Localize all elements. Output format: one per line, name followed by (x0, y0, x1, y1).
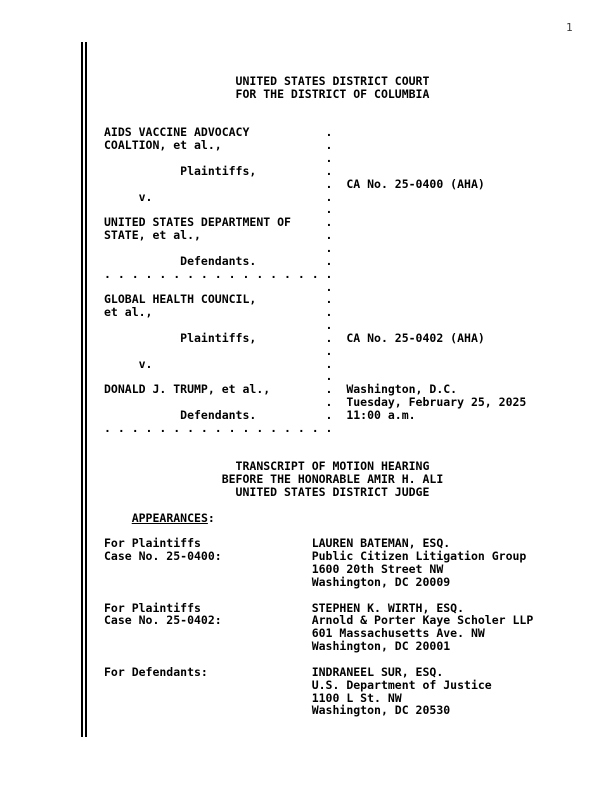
court-name: UNITED STATES DISTRICT COURT (104, 75, 533, 88)
appearance-entry-line: U.S. Department of Justice (104, 679, 533, 692)
caption1-dot: . (104, 152, 533, 165)
appearance-entry-line: Washington, DC 20009 (104, 576, 533, 589)
page-number: 1 (566, 21, 573, 34)
caption2-plaintiffs-label-case-number: Plaintiffs, . CA No. 25-0402 (AHA) (104, 332, 533, 345)
caption1-dot: . (104, 242, 533, 255)
appearances-heading: APPEARANCES: (104, 512, 533, 525)
transcript-title-line: UNITED STATES DISTRICT JUDGE (104, 486, 533, 499)
appearance-entry-line: 1600 20th Street NW (104, 563, 533, 576)
caption-divider: . . . . . . . . . . . . . . . . . (104, 422, 533, 435)
appearance-entry-line: Washington, DC 20001 (104, 640, 533, 653)
court-district: FOR THE DISTRICT OF COLUMBIA (104, 88, 533, 101)
caption2-hearing-date: . Tuesday, February 25, 2025 (104, 396, 533, 409)
pleading-rule-inner (85, 42, 87, 737)
caption2-dot: . (104, 345, 533, 358)
appearance-entry-line: Washington, DC 20530 (104, 704, 533, 717)
transcript-body: UNITED STATES DISTRICT COURT FOR THE DIS… (104, 75, 533, 717)
caption1-defendants-label: Defendants. . (104, 255, 533, 268)
blank (104, 101, 533, 114)
caption-divider: . . . . . . . . . . . . . . . . . (104, 268, 533, 281)
caption2-dot: . (104, 319, 533, 332)
pleading-rule-outer (81, 42, 83, 737)
transcript-page: 1 UNITED STATES DISTRICT COURT FOR THE D… (0, 0, 612, 792)
caption2-defendants-label-hearing-time: Defendants. . 11:00 a.m. (104, 409, 533, 422)
appearance-entry-line: For Defendants: INDRANEEL SUR, ESQ. (104, 666, 533, 679)
blank (104, 589, 533, 602)
blank (104, 435, 533, 448)
blank (104, 653, 533, 666)
caption1-case-number: . CA No. 25-0400 (AHA) (104, 178, 533, 191)
caption1-plaintiffs-label: Plaintiffs, . (104, 165, 533, 178)
